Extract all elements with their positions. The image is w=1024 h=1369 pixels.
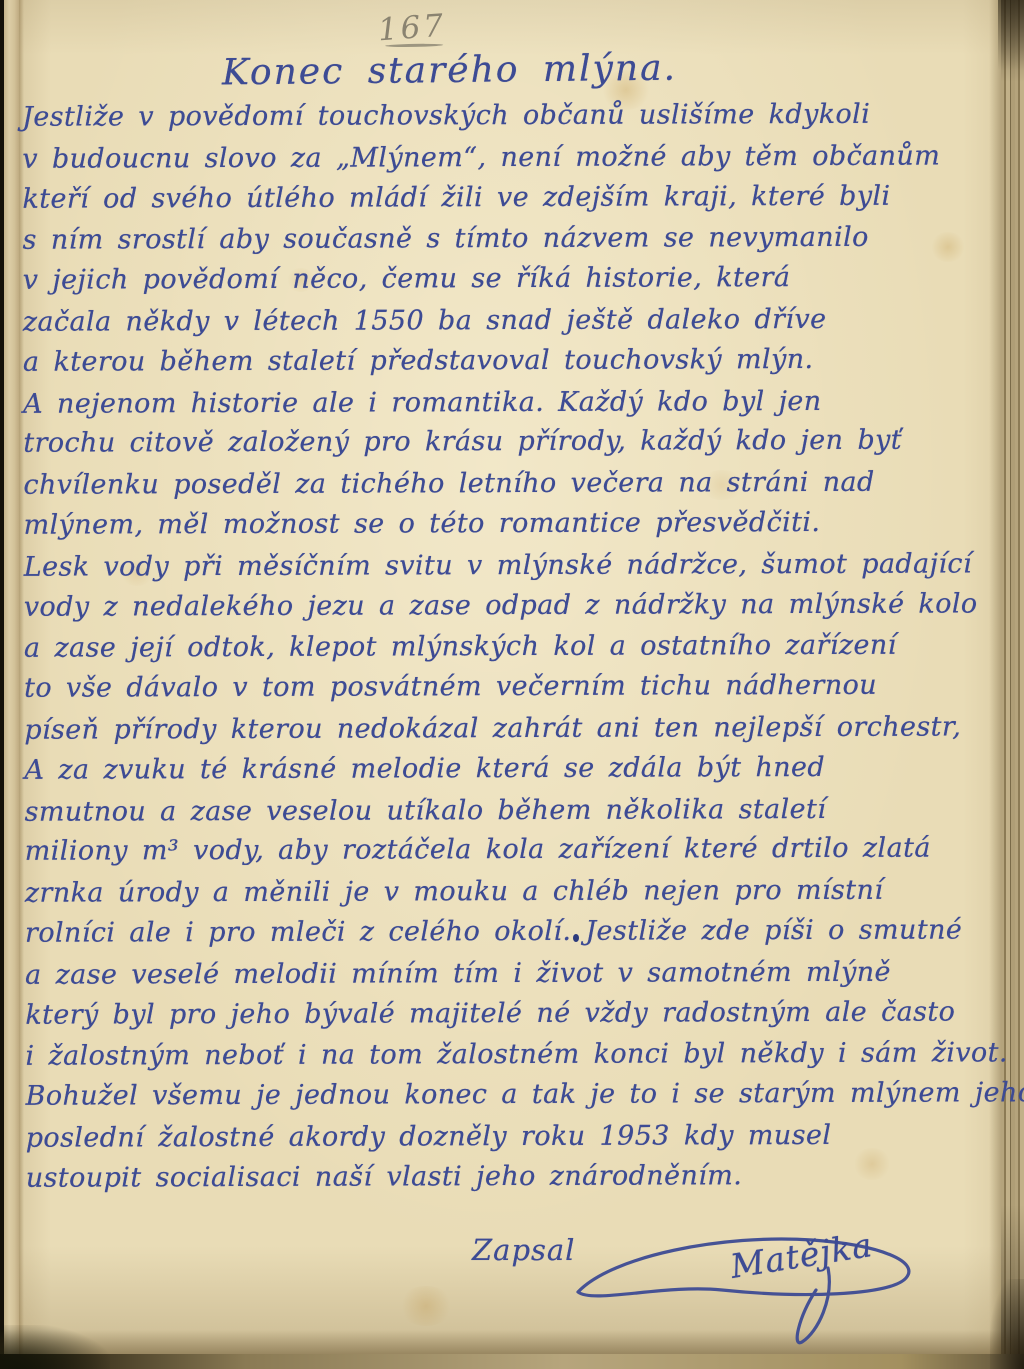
handwritten-line: A za zvuku té krásné melodie která se zd… <box>24 747 1009 791</box>
handwritten-line: v budoucnu slovo za „Mlýnem“, není možné… <box>22 136 1007 180</box>
handwritten-line: rolníci ale i pro mleči z celého okolí. … <box>25 910 1010 954</box>
page-number: 167 <box>377 8 448 50</box>
scribe-label: Zapsal <box>472 1233 575 1267</box>
signature-flourish-icon <box>572 1218 932 1358</box>
handwritten-line: začala někdy v létech 1550 ba snad ještě… <box>23 299 1008 343</box>
handwritten-line: chvílenku poseděl za tichého letního več… <box>23 462 1008 506</box>
handwritten-line: miliony m³ vody, aby roztáčela kola zaří… <box>25 829 1010 873</box>
handwritten-line: a zase její odtok, klepot mlýnských kol … <box>24 626 1009 670</box>
handwritten-line: který byl pro jeho bývalé majitelé né vž… <box>25 992 1010 1036</box>
handwritten-line: v jejich povědomí něco, čemu se říká his… <box>23 257 1008 301</box>
handwritten-line: a kterou během staletí představoval touc… <box>23 339 1008 383</box>
handwritten-line: mlýnem, měl možnost se o této romantice … <box>24 502 1009 546</box>
handwritten-line: zrnka úrody a měnili je v mouku a chléb … <box>25 870 1010 914</box>
handwritten-line: Bohužel všemu je jednou konec a tak je t… <box>25 1073 1010 1117</box>
page-number-value: 167 <box>377 8 448 49</box>
handwritten-line: to vše dávalo v tom posvátném večerním t… <box>24 665 1009 709</box>
paper-stain <box>398 1286 454 1326</box>
handwritten-line: kteří od svého útlého mládí žili ve zdej… <box>22 176 1007 220</box>
manuscript-page: 167 Konec starého mlýna. Jestliže v pově… <box>0 0 1024 1369</box>
handwritten-line: Lesk vody při měsíčním svitu v mlýnské n… <box>24 544 1009 588</box>
handwritten-line: píseň přírody kterou nedokázal zahrát an… <box>24 707 1009 751</box>
document-title: Konec starého mlýna. <box>222 48 677 94</box>
handwritten-line: trochu citově založený pro krásu přírody… <box>23 421 1008 465</box>
shadow-corner-top-right <box>998 0 1024 70</box>
handwritten-line: smutnou a zase veselou utíkalo během něk… <box>25 789 1010 833</box>
signature: Matějka <box>572 1218 932 1358</box>
handwritten-line: poslední žalostné akordy dozněly roku 19… <box>26 1115 1011 1159</box>
handwritten-line: s ním srostlí aby současně s tímto názve… <box>23 218 1008 262</box>
page-number-underline <box>385 43 443 47</box>
shadow-corner-bottom-right <box>990 1279 1024 1369</box>
handwritten-line: A nejenom historie ale i romantika. Každ… <box>23 381 1008 425</box>
book-binding-left-edge <box>4 0 19 1369</box>
handwritten-line: i žalostným neboť i na tom žalostném kon… <box>25 1034 1010 1078</box>
handwriting-body: Jestliže v povědomí touchovských občanů … <box>22 94 1011 1199</box>
handwritten-line: Jestliže v povědomí touchovských občanů … <box>22 94 1007 138</box>
handwritten-line: ustoupit socialisaci naší vlasti jeho zn… <box>26 1155 1011 1199</box>
handwritten-line: a zase veselé melodii míním tím i život … <box>25 952 1010 996</box>
handwritten-line: vody z nedalekého jezu a zase odpad z ná… <box>24 584 1009 628</box>
shadow-corner-bottom-left <box>0 1325 110 1369</box>
